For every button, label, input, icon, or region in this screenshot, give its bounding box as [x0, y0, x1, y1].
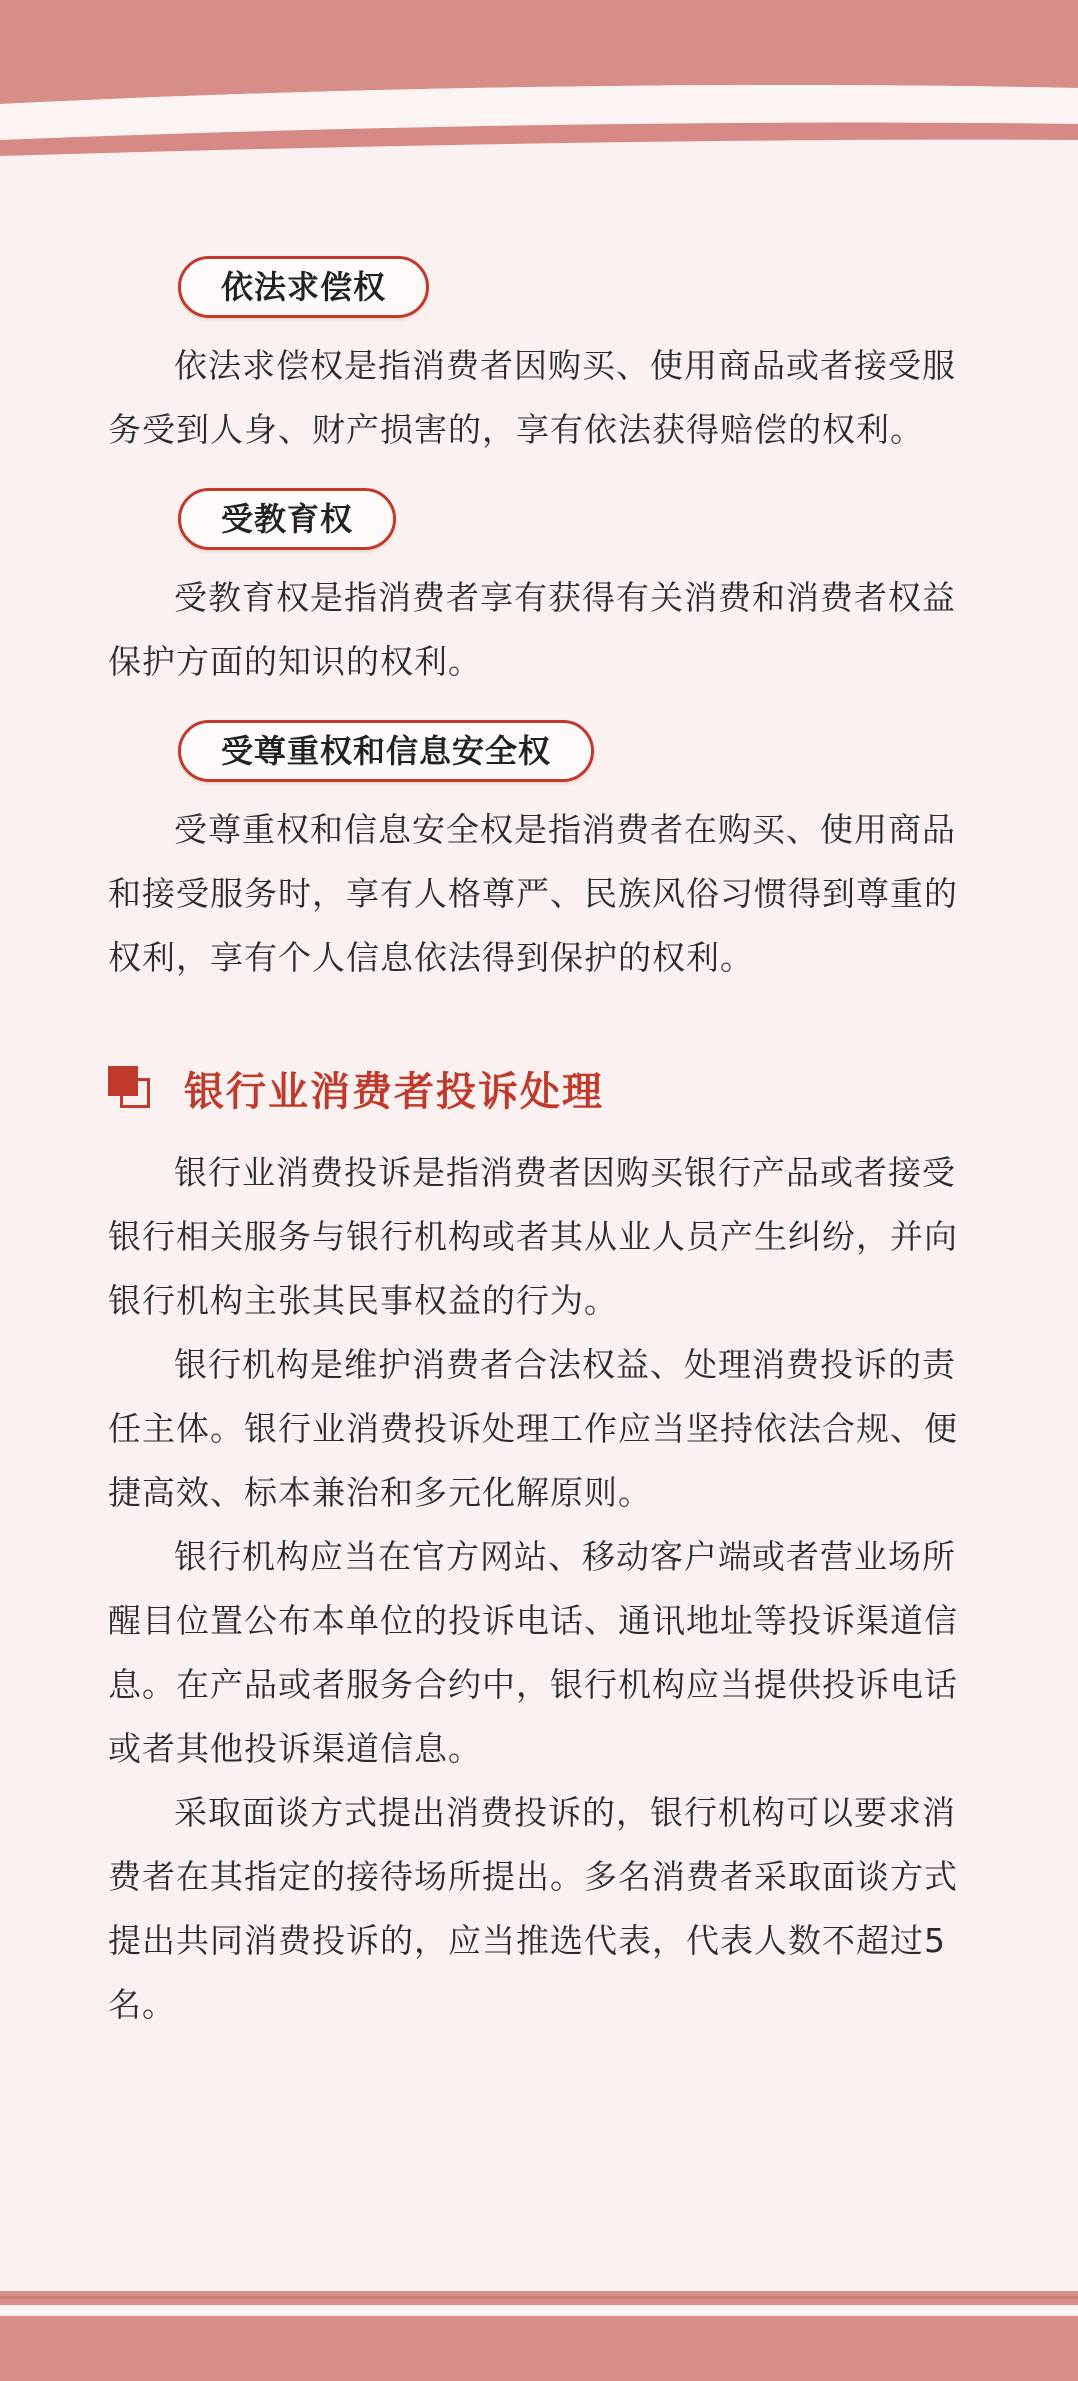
document-content: 依法求偿权 依法求偿权是指消费者因购买、使用商品或者接受服务受到人身、财产损害的… — [108, 256, 970, 2037]
right-description: 依法求偿权是指消费者因购买、使用商品或者接受服务受到人身、财产损害的，享有依法获… — [108, 334, 970, 462]
overlapping-squares-icon — [108, 1066, 154, 1112]
right-heading-wrap: 受尊重权和信息安全权 — [108, 720, 970, 782]
section-paragraph: 采取面谈方式提出消费投诉的，银行机构可以要求消费者在其指定的接待场所提出。多名消… — [108, 1781, 970, 2037]
bottom-band-decoration — [0, 2291, 1078, 2381]
top-wave-decoration — [0, 0, 1078, 170]
section-paragraph: 银行机构是维护消费者合法权益、处理消费投诉的责任主体。银行业消费投诉处理工作应当… — [108, 1333, 970, 1525]
section-title: 银行业消费者投诉处理 — [184, 1060, 604, 1117]
section-paragraph: 银行业消费投诉是指消费者因购买银行产品或者接受银行相关服务与银行机构或者其从业人… — [108, 1141, 970, 1333]
section-paragraph: 银行机构应当在官方网站、移动客户端或者营业场所醒目位置公布本单位的投诉电话、通讯… — [108, 1525, 970, 1781]
right-text: 受尊重权和信息安全权是指消费者在购买、使用商品和接受服务时，享有人格尊严、民族风… — [108, 798, 970, 990]
right-title-pill: 受教育权 — [178, 488, 396, 550]
right-heading-wrap: 依法求偿权 — [108, 256, 970, 318]
right-title-pill: 受尊重权和信息安全权 — [178, 720, 594, 782]
right-heading-wrap: 受教育权 — [108, 488, 970, 550]
right-text: 受教育权是指消费者享有获得有关消费和消费者权益保护方面的知识的权利。 — [108, 566, 970, 694]
right-text: 依法求偿权是指消费者因购买、使用商品或者接受服务受到人身、财产损害的，享有依法获… — [108, 334, 970, 462]
right-description: 受教育权是指消费者享有获得有关消费和消费者权益保护方面的知识的权利。 — [108, 566, 970, 694]
right-description: 受尊重权和信息安全权是指消费者在购买、使用商品和接受服务时，享有人格尊严、民族风… — [108, 798, 970, 990]
right-title-pill: 依法求偿权 — [178, 256, 429, 318]
section-heading: 银行业消费者投诉处理 — [108, 1060, 970, 1117]
